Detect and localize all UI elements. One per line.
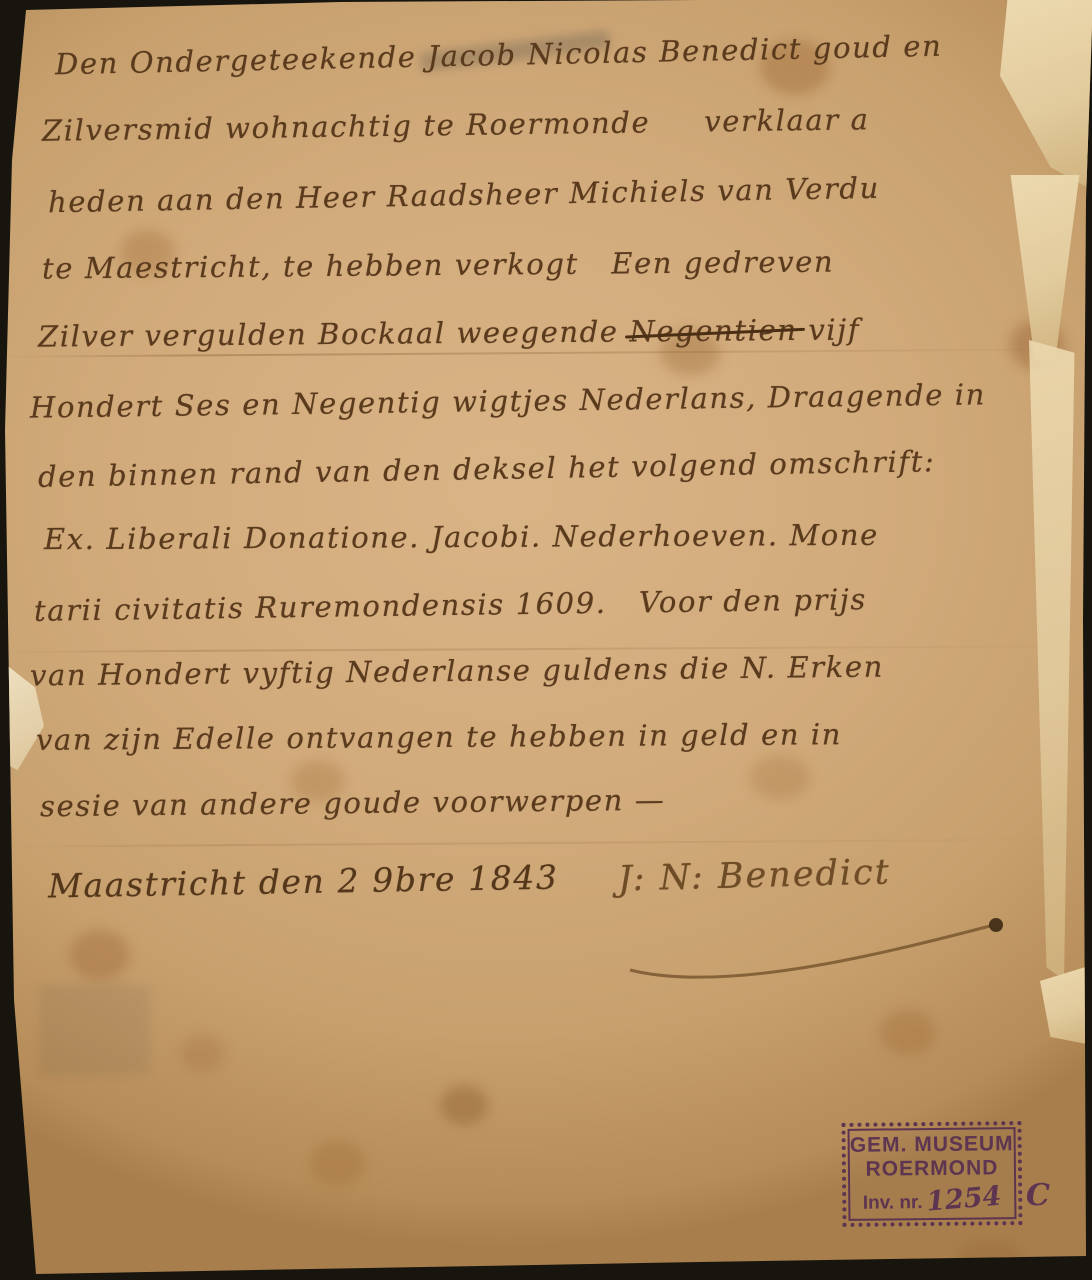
- weighing-pre: Zilver vergulden Bockaal weegende: [38, 314, 630, 353]
- signature-flourish: [600, 900, 1020, 990]
- stain: [70, 930, 130, 980]
- manuscript-line: van Hondert vyftig Nederlanse guldens di…: [30, 650, 884, 693]
- manuscript-line: sesie van andere goude voorwerpen —: [40, 783, 666, 824]
- manuscript-line: Zilversmid wohnachtig te Roermonde verkl…: [42, 102, 870, 148]
- fold-crease: [0, 838, 1092, 848]
- stain: [310, 1140, 365, 1185]
- stamp-line1: GEM. MUSEUM: [850, 1132, 1014, 1158]
- scanned-document: Den Ondergeteekende Jacob Nicolas Benedi…: [0, 0, 1092, 1280]
- torn-flap: [1040, 965, 1092, 1045]
- stain: [880, 1010, 935, 1055]
- signature: J: N: Benedict: [618, 852, 892, 899]
- museum-stamp: GEM. MUSEUM ROERMOND Inv. nr. 1254: [848, 1127, 1017, 1221]
- stamp-inventory-number: 1254: [925, 1181, 1002, 1218]
- stain: [180, 1035, 225, 1073]
- manuscript-line: heden aan den Heer Raadsheer Michiels va…: [48, 171, 880, 220]
- stamp-suffix-letter: C: [1026, 1178, 1050, 1213]
- stain: [440, 1085, 488, 1125]
- manuscript-line: den binnen rand van den deksel het volge…: [38, 444, 936, 494]
- manuscript-line: te Maestricht, te hebben verkogt Een ged…: [42, 245, 834, 286]
- dateline: Maastricht den 2 9bre 1843: [48, 858, 559, 906]
- fold-crease: [0, 645, 1092, 653]
- stamp-inventory-label: Inv. nr.: [863, 1192, 923, 1215]
- stain: [955, 1240, 1025, 1280]
- stain: [750, 755, 810, 800]
- weighing-post: vijf: [797, 312, 860, 347]
- torn-flap: [1015, 340, 1085, 980]
- torn-flap: [1000, 0, 1092, 190]
- stamp-line2: ROERMOND: [865, 1156, 998, 1182]
- pencil-smudge: [40, 985, 150, 1075]
- paper-sheet: Den Ondergeteekende Jacob Nicolas Benedi…: [0, 0, 1092, 1280]
- manuscript-line: Ex. Liberali Donatione. Jacobi. Nederhoe…: [44, 518, 879, 556]
- struck-word: Negentien: [629, 313, 797, 348]
- manuscript-line-weighing: Zilver vergulden Bockaal weegende Negent…: [38, 312, 860, 353]
- manuscript-line: tarii civitatis Ruremondensis 1609. Voor…: [34, 582, 867, 628]
- manuscript-line: Hondert Ses en Negentig wigtjes Nederlan…: [30, 377, 986, 424]
- manuscript-line: van zijn Edelle ontvangen te hebben in g…: [36, 717, 842, 757]
